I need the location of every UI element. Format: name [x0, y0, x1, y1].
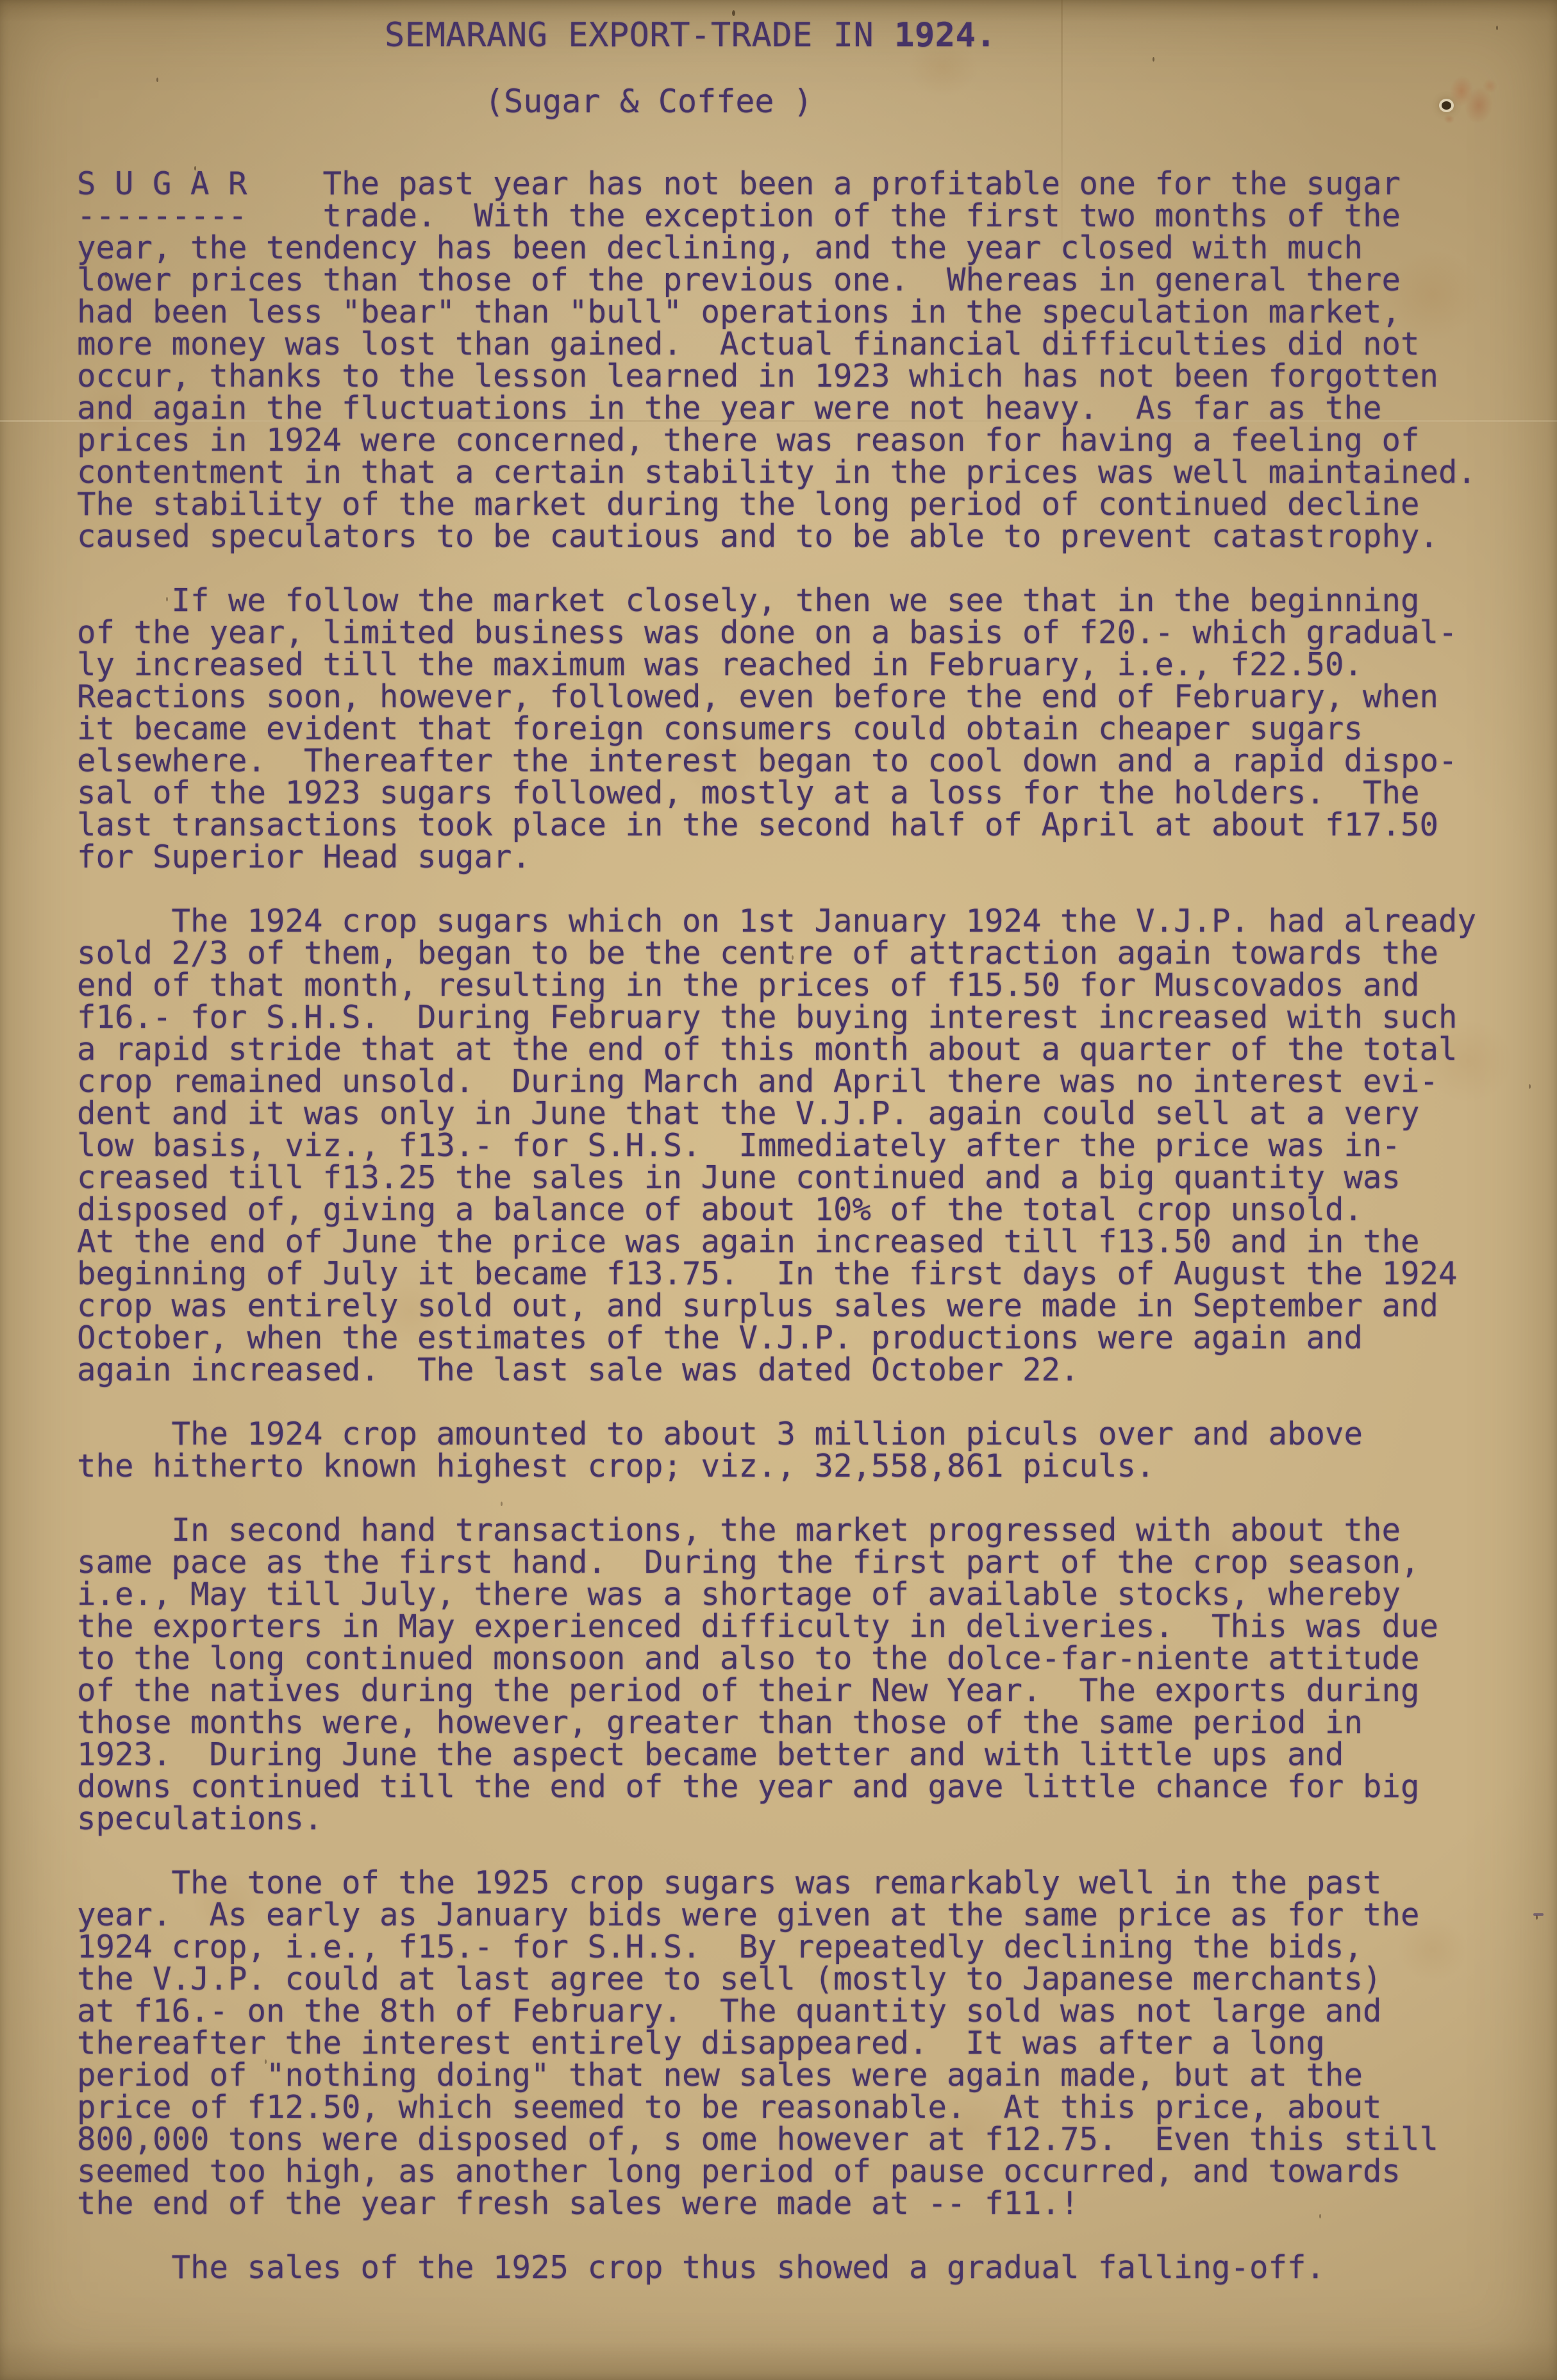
text-line: The 1924 crop amounted to about 3 millio…: [77, 1418, 1476, 1450]
text-line: 800,000 tons were disposed of, s ome how…: [77, 2124, 1476, 2156]
text-line: creased till f13.25 the sales in June co…: [77, 1162, 1476, 1194]
text-line: disposed of, giving a balance of about 1…: [77, 1194, 1476, 1226]
paragraph: The sales of the 1925 crop thus showed a…: [77, 2252, 1476, 2284]
text-line: elsewhere. Thereafter the interest began…: [77, 745, 1476, 777]
text-line: October, when the estimates of the V.J.P…: [77, 1322, 1476, 1354]
text-line: prices in 1924 were concerned, there was…: [77, 424, 1476, 457]
text-line: year. As early as January bids were give…: [77, 1899, 1476, 1931]
text-line: it became evident that foreign consumers…: [77, 713, 1476, 745]
text-line: In second hand transactions, the market …: [77, 1514, 1476, 1546]
text-line: ly increased till the maximum was reache…: [77, 649, 1476, 681]
text-line: the V.J.P. could at last agree to sell (…: [77, 1963, 1476, 1995]
text-line: lower prices than those of the previous …: [77, 264, 1476, 296]
text-line: of the year, limited business was done o…: [77, 617, 1476, 649]
document-page: SEMARANG EXPORT-TRADE IN 1924. (Sugar & …: [0, 0, 1557, 2380]
text-line: dent and it was only in June that the V.…: [77, 1098, 1476, 1130]
text-line: seemed too high, as another long period …: [77, 2156, 1476, 2188]
text-line: same pace as the first hand. During the …: [77, 1546, 1476, 1579]
text-line: i.e., May till July, there was a shortag…: [77, 1579, 1476, 1611]
pin-hole: [1442, 101, 1451, 110]
text-line: 1924 crop, i.e., f15.- for S.H.S. By rep…: [77, 1931, 1476, 1963]
text-line: the hitherto known highest crop; viz., 3…: [77, 1450, 1476, 1482]
text-line: The sales of the 1925 crop thus showed a…: [77, 2252, 1476, 2284]
text-line: crop was entirely sold out, and surplus …: [77, 1290, 1476, 1322]
paragraph: S U G A R The past year has not been a p…: [77, 168, 1476, 553]
text-line: The stability of the market during the l…: [77, 489, 1476, 521]
text-line: The tone of the 1925 crop sugars was rem…: [77, 1867, 1476, 1899]
text-line: crop remained unsold. During March and A…: [77, 1066, 1476, 1098]
text-line: downs continued till the end of the year…: [77, 1771, 1476, 1803]
text-line: If we follow the market closely, then we…: [77, 585, 1476, 617]
document-title: SEMARANG EXPORT-TRADE IN 1924.: [385, 17, 996, 54]
text-line: to the long continued monsoon and also t…: [77, 1643, 1476, 1675]
text-line: more money was lost than gained. Actual …: [77, 328, 1476, 360]
paragraph: The tone of the 1925 crop sugars was rem…: [77, 1867, 1476, 2220]
text-line: the exporters in May experienced difficu…: [77, 1611, 1476, 1643]
text-line: The 1924 crop sugars which on 1st Januar…: [77, 905, 1476, 937]
text-line: for Superior Head sugar.: [77, 841, 1476, 873]
paragraph: In second hand transactions, the market …: [77, 1514, 1476, 1835]
document-subtitle: (Sugar & Coffee ): [485, 83, 813, 119]
text-line: occur, thanks to the lesson learned in 1…: [77, 360, 1476, 392]
text-line: a rapid stride that at the end of this m…: [77, 1034, 1476, 1066]
text-line: beginning of July it became f13.75. In t…: [77, 1258, 1476, 1290]
text-line: At the end of June the price was again i…: [77, 1226, 1476, 1258]
text-line: caused speculators to be cautious and to…: [77, 521, 1476, 553]
paragraph: The 1924 crop amounted to about 3 millio…: [77, 1418, 1476, 1482]
text-line: speculations.: [77, 1803, 1476, 1835]
text-line: again increased. The last sale was dated…: [77, 1354, 1476, 1386]
document-body: S U G A R The past year has not been a p…: [77, 168, 1476, 2284]
text-line: S U G A R The past year has not been a p…: [77, 168, 1476, 200]
text-line: had been less "bear" than "bull" operati…: [77, 296, 1476, 328]
text-line: f16.- for S.H.S. During February the buy…: [77, 1001, 1476, 1034]
red-stamp-mark: [1440, 68, 1503, 134]
text-line: thereafter the interest entirely disappe…: [77, 2027, 1476, 2059]
document-title-year: 1924.: [894, 16, 996, 54]
text-line: sal of the 1923 sugars followed, mostly …: [77, 777, 1476, 809]
text-line: low basis, viz., f13.- for S.H.S. Immedi…: [77, 1130, 1476, 1162]
stray-ink-mark: [1533, 1913, 1544, 1916]
document-title-text: SEMARANG EXPORT-TRADE IN: [385, 16, 894, 54]
text-line: contentment in that a certain stability …: [77, 457, 1476, 489]
text-line: those months were, however, greater than…: [77, 1707, 1476, 1739]
text-line: of the natives during the period of thei…: [77, 1675, 1476, 1707]
text-line: the end of the year fresh sales were mad…: [77, 2188, 1476, 2220]
paragraph: The 1924 crop sugars which on 1st Januar…: [77, 905, 1476, 1386]
text-line: price of f12.50, which seemed to be reas…: [77, 2091, 1476, 2124]
text-line: period of "nothing doing" that new sales…: [77, 2059, 1476, 2091]
paragraph: If we follow the market closely, then we…: [77, 585, 1476, 873]
text-line: last transactions took place in the seco…: [77, 809, 1476, 841]
text-line: at f16.- on the 8th of February. The qua…: [77, 1995, 1476, 2027]
text-line: 1923. During June the aspect became bett…: [77, 1739, 1476, 1771]
text-line: end of that month, resulting in the pric…: [77, 969, 1476, 1001]
text-line: and again the fluctuations in the year w…: [77, 392, 1476, 424]
text-line: sold 2/3 of them, began to be the centre…: [77, 937, 1476, 969]
text-line: --------- trade. With the exception of t…: [77, 200, 1476, 232]
paper-specks: [732, 10, 735, 16]
text-line: Reactions soon, however, followed, even …: [77, 681, 1476, 713]
text-line: year, the tendency has been declining, a…: [77, 232, 1476, 264]
